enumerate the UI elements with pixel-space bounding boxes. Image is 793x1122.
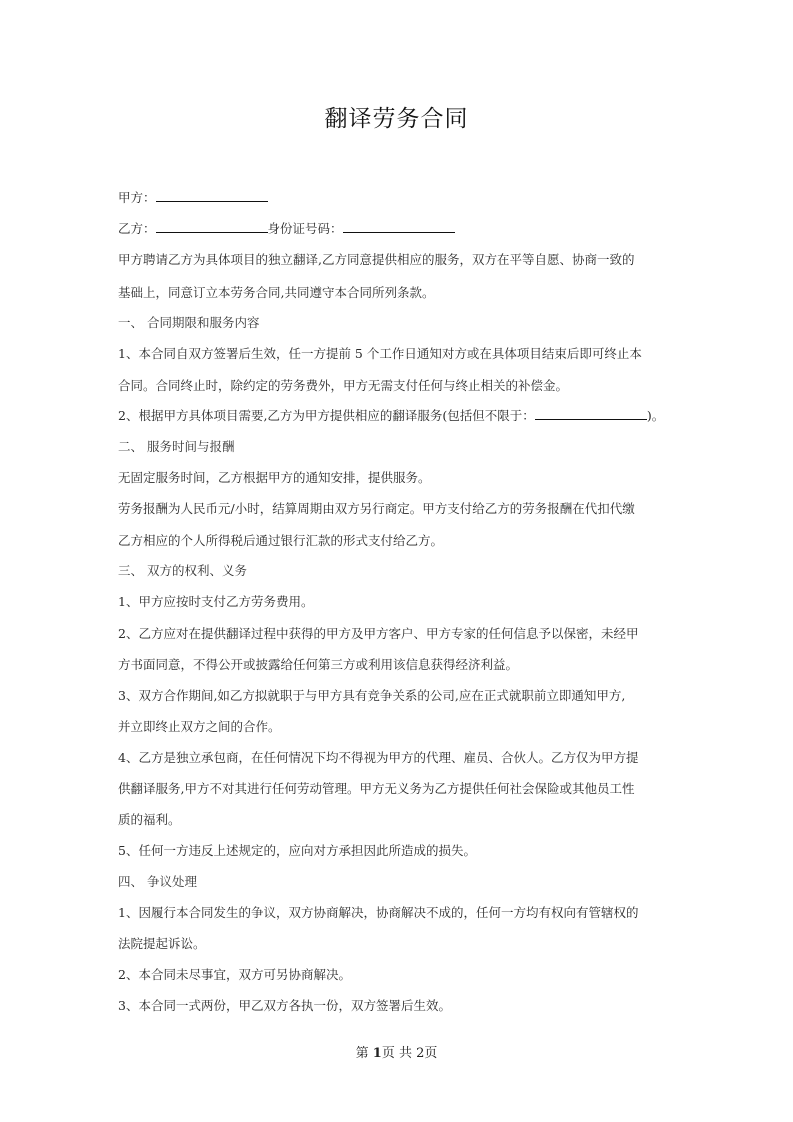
footer-middle: 页 共 xyxy=(382,1046,416,1061)
clause-line: 方书面同意，不得公开或披露给任何第三方或利用该信息获得经济利益。 xyxy=(118,655,518,673)
services-blank[interactable] xyxy=(535,409,647,420)
party-a-label: 甲方： xyxy=(118,190,156,205)
clause-line: 合同。合同终止时，除约定的劳务费外，甲方无需支付任何与终止相关的补偿金。 xyxy=(118,376,568,394)
clause-line: 法院提起诉讼。 xyxy=(118,934,206,952)
clause-line: 1、因履行本合同发生的争议，双方协商解决，协商解决不成的，任何一方均有权向有管辖… xyxy=(118,903,638,921)
section-heading: 四、 争议处理 xyxy=(118,872,197,890)
clause-line: 1、本合同自双方签署后生效，任一方提前 5 个工作日通知对方或在具体项目结束后即… xyxy=(118,344,642,362)
id-number-label: 身份证号码： xyxy=(268,221,343,236)
id-number-blank[interactable] xyxy=(343,222,455,233)
clause-line: 质的福利。 xyxy=(118,810,181,828)
section-heading: 一、 合同期限和服务内容 xyxy=(118,313,259,331)
party-a-line: 甲方： xyxy=(118,188,268,206)
clause-line: 并立即终止双方之间的合作。 xyxy=(118,717,281,735)
document-title: 翻译劳务合同 xyxy=(0,100,793,133)
current-page-number: 1 xyxy=(373,1046,382,1061)
clause-line: 2、根据甲方具体项目需要,乙方为甲方提供相应的翻译服务(包括但不限于：)。 xyxy=(118,406,664,424)
clause-line: 2、乙方应对在提供翻译过程中获得的甲方及甲方客户、甲方专家的任何信息予以保密，未… xyxy=(118,624,638,642)
clause-line: 乙方相应的个人所得税后通过银行汇款的形式支付给乙方。 xyxy=(118,531,443,549)
footer-prefix: 第 xyxy=(356,1046,373,1061)
clause-line: 无固定服务时间，乙方根据甲方的通知安排，提供服务。 xyxy=(118,468,431,486)
party-b-label: 乙方： xyxy=(118,221,156,236)
party-a-blank[interactable] xyxy=(156,191,268,202)
clause-line: 2、本合同未尽事宜，双方可另协商解决。 xyxy=(118,965,351,983)
clause-text: )。 xyxy=(647,408,664,423)
document-page: 翻译劳务合同 甲方： 乙方：身份证号码： 甲方聘请乙方为具体项目的独立翻译,乙方… xyxy=(0,0,793,1122)
preamble-line: 甲方聘请乙方为具体项目的独立翻译,乙方同意提供相应的服务，双方在平等自愿、协商一… xyxy=(118,250,634,268)
section-heading: 三、 双方的权利、义务 xyxy=(118,561,247,579)
clause-line: 4、乙方是独立承包商，在任何情况下均不得视为甲方的代理、雇员、合伙人。乙方仅为甲… xyxy=(118,748,638,766)
party-b-blank[interactable] xyxy=(156,222,268,233)
clause-line: 劳务报酬为人民币元/小时，结算周期由双方另行商定。甲方支付给乙方的劳务报酬在代扣… xyxy=(118,499,635,517)
clause-line: 3、双方合作期间,如乙方拟就职于与甲方具有竞争关系的公司,应在正式就职前立即通知… xyxy=(118,686,625,704)
preamble-line: 基础上，同意订立本劳务合同,共同遵守本合同所列条款。 xyxy=(118,283,434,301)
clause-text: 2、根据甲方具体项目需要,乙方为甲方提供相应的翻译服务(包括但不限于： xyxy=(118,408,535,423)
page-footer: 第 1页 共 2页 xyxy=(0,1042,793,1061)
party-b-line: 乙方：身份证号码： xyxy=(118,219,455,237)
clause-line: 1、甲方应按时支付乙方劳务费用。 xyxy=(118,592,313,610)
clause-line: 5、任何一方违反上述规定的，应向对方承担因此所造成的损失。 xyxy=(118,841,476,859)
clause-line: 供翻译服务,甲方不对其进行任何劳动管理。甲方无义务为乙方提供任何社会保险或其他员… xyxy=(118,779,634,797)
clause-line: 3、本合同一式两份，甲乙双方各执一份，双方签署后生效。 xyxy=(118,996,451,1014)
section-heading: 二、 服务时间与报酬 xyxy=(118,437,234,455)
footer-suffix: 页 xyxy=(424,1046,437,1061)
